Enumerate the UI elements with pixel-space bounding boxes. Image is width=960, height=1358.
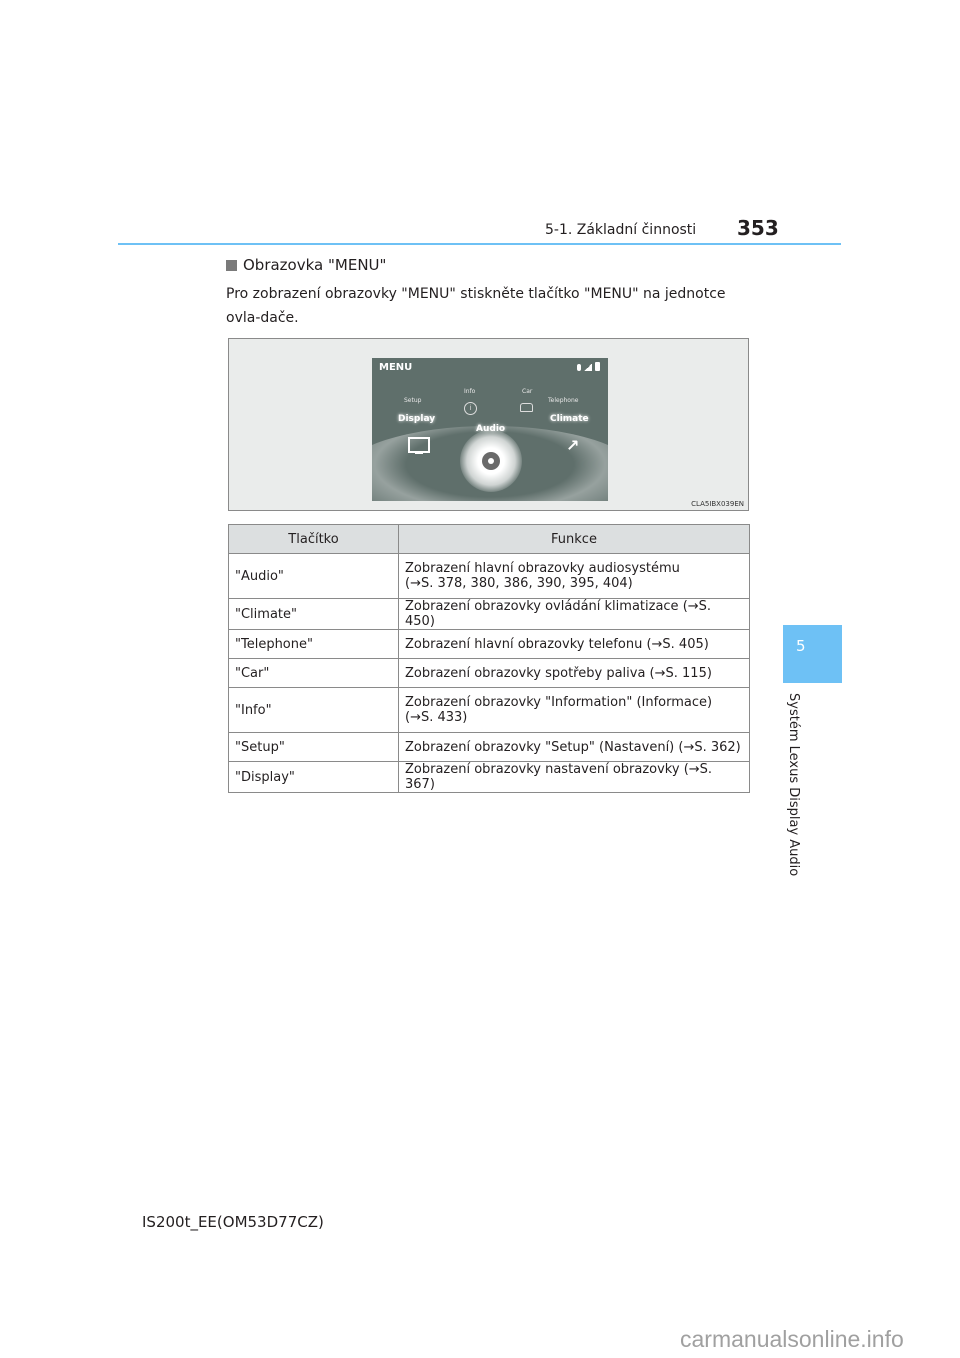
section-paragraph: Pro zobrazení obrazovky "MENU" stiskněte… — [226, 282, 756, 330]
function-cell: Zobrazení obrazovky nastavení obrazovky … — [399, 762, 750, 793]
table-header-function: Funkce — [399, 525, 750, 554]
table-row: "Climate" Zobrazení obrazovky ovládání k… — [229, 599, 750, 630]
chapter-label: Systém Lexus Display Audio — [786, 693, 801, 876]
menu-screen-figure: MENU Setup Info Car Telephone i Display … — [228, 338, 749, 511]
header-section-title: 5-1. Základní činnosti — [545, 222, 696, 238]
menu-item-display: Display — [398, 414, 435, 424]
table-header-button: Tlačítko — [229, 525, 399, 554]
button-cell: "Setup" — [229, 733, 399, 762]
button-cell: "Telephone" — [229, 630, 399, 659]
battery-icon — [595, 362, 600, 371]
section-heading: Obrazovka "MENU" — [226, 256, 386, 274]
button-cell: "Audio" — [229, 554, 399, 599]
table-row: "Car" Zobrazení obrazovky spotřeby paliv… — [229, 659, 750, 688]
button-cell: "Climate" — [229, 599, 399, 630]
menu-item-climate: Climate — [550, 414, 589, 424]
table-row: "Display" Zobrazení obrazovky nastavení … — [229, 762, 750, 793]
section-title: Obrazovka "MENU" — [243, 256, 386, 274]
function-text: Zobrazení obrazovky "Information" (Infor… — [405, 695, 712, 710]
bluetooth-icon — [577, 364, 581, 371]
chapter-number: 5 — [796, 637, 806, 655]
function-cell: Zobrazení obrazovky "Information" (Infor… — [399, 688, 750, 733]
function-text: Zobrazení hlavní obrazovky audiosystému — [405, 561, 680, 576]
menu-item-setup: Setup — [404, 397, 421, 404]
car-icon — [520, 403, 533, 412]
menu-item-audio: Audio — [476, 424, 505, 434]
function-cell: Zobrazení hlavní obrazovky audiosystému(… — [399, 554, 750, 599]
disc-icon — [482, 452, 500, 470]
table-row: "Info" Zobrazení obrazovky "Information"… — [229, 688, 750, 733]
monitor-icon — [408, 437, 430, 453]
function-cell: Zobrazení obrazovky "Setup" (Nastavení) … — [399, 733, 750, 762]
table-row: "Setup" Zobrazení obrazovky "Setup" (Nas… — [229, 733, 750, 762]
header-rule — [118, 243, 841, 245]
function-table: Tlačítko Funkce "Audio" Zobrazení hlavní… — [228, 524, 750, 793]
function-ref: (→S. 378, 380, 386, 390, 395, 404) — [405, 576, 633, 591]
watermark: carmanualsonline.info — [680, 1326, 904, 1353]
function-cell: Zobrazení obrazovky spotřeby paliva (→S.… — [399, 659, 750, 688]
function-cell: Zobrazení hlavní obrazovky telefonu (→S.… — [399, 630, 750, 659]
function-cell: Zobrazení obrazovky ovládání klimatizace… — [399, 599, 750, 630]
seat-climate-icon: ↗ — [566, 436, 579, 455]
figure-code: CLA5IBX039EN — [691, 500, 744, 508]
chapter-tab: 5 — [783, 625, 842, 683]
table-row: "Telephone" Zobrazení hlavní obrazovky t… — [229, 630, 750, 659]
menu-item-car: Car — [522, 388, 532, 395]
status-bar — [577, 362, 600, 371]
page-number: 353 — [737, 216, 779, 240]
function-ref: (→S. 433) — [405, 710, 467, 725]
screen-title: MENU — [379, 362, 412, 373]
button-cell: "Car" — [229, 659, 399, 688]
square-bullet-icon — [226, 260, 237, 271]
button-cell: "Display" — [229, 762, 399, 793]
menu-item-info: Info — [464, 388, 475, 395]
menu-screen: MENU Setup Info Car Telephone i Display … — [372, 358, 608, 501]
table-row: "Audio" Zobrazení hlavní obrazovky audio… — [229, 554, 750, 599]
menu-item-telephone: Telephone — [548, 397, 578, 404]
info-icon: i — [464, 402, 477, 415]
model-code: IS200t_EE(OM53D77CZ) — [142, 1213, 324, 1231]
button-cell: "Info" — [229, 688, 399, 733]
signal-icon — [584, 364, 592, 371]
